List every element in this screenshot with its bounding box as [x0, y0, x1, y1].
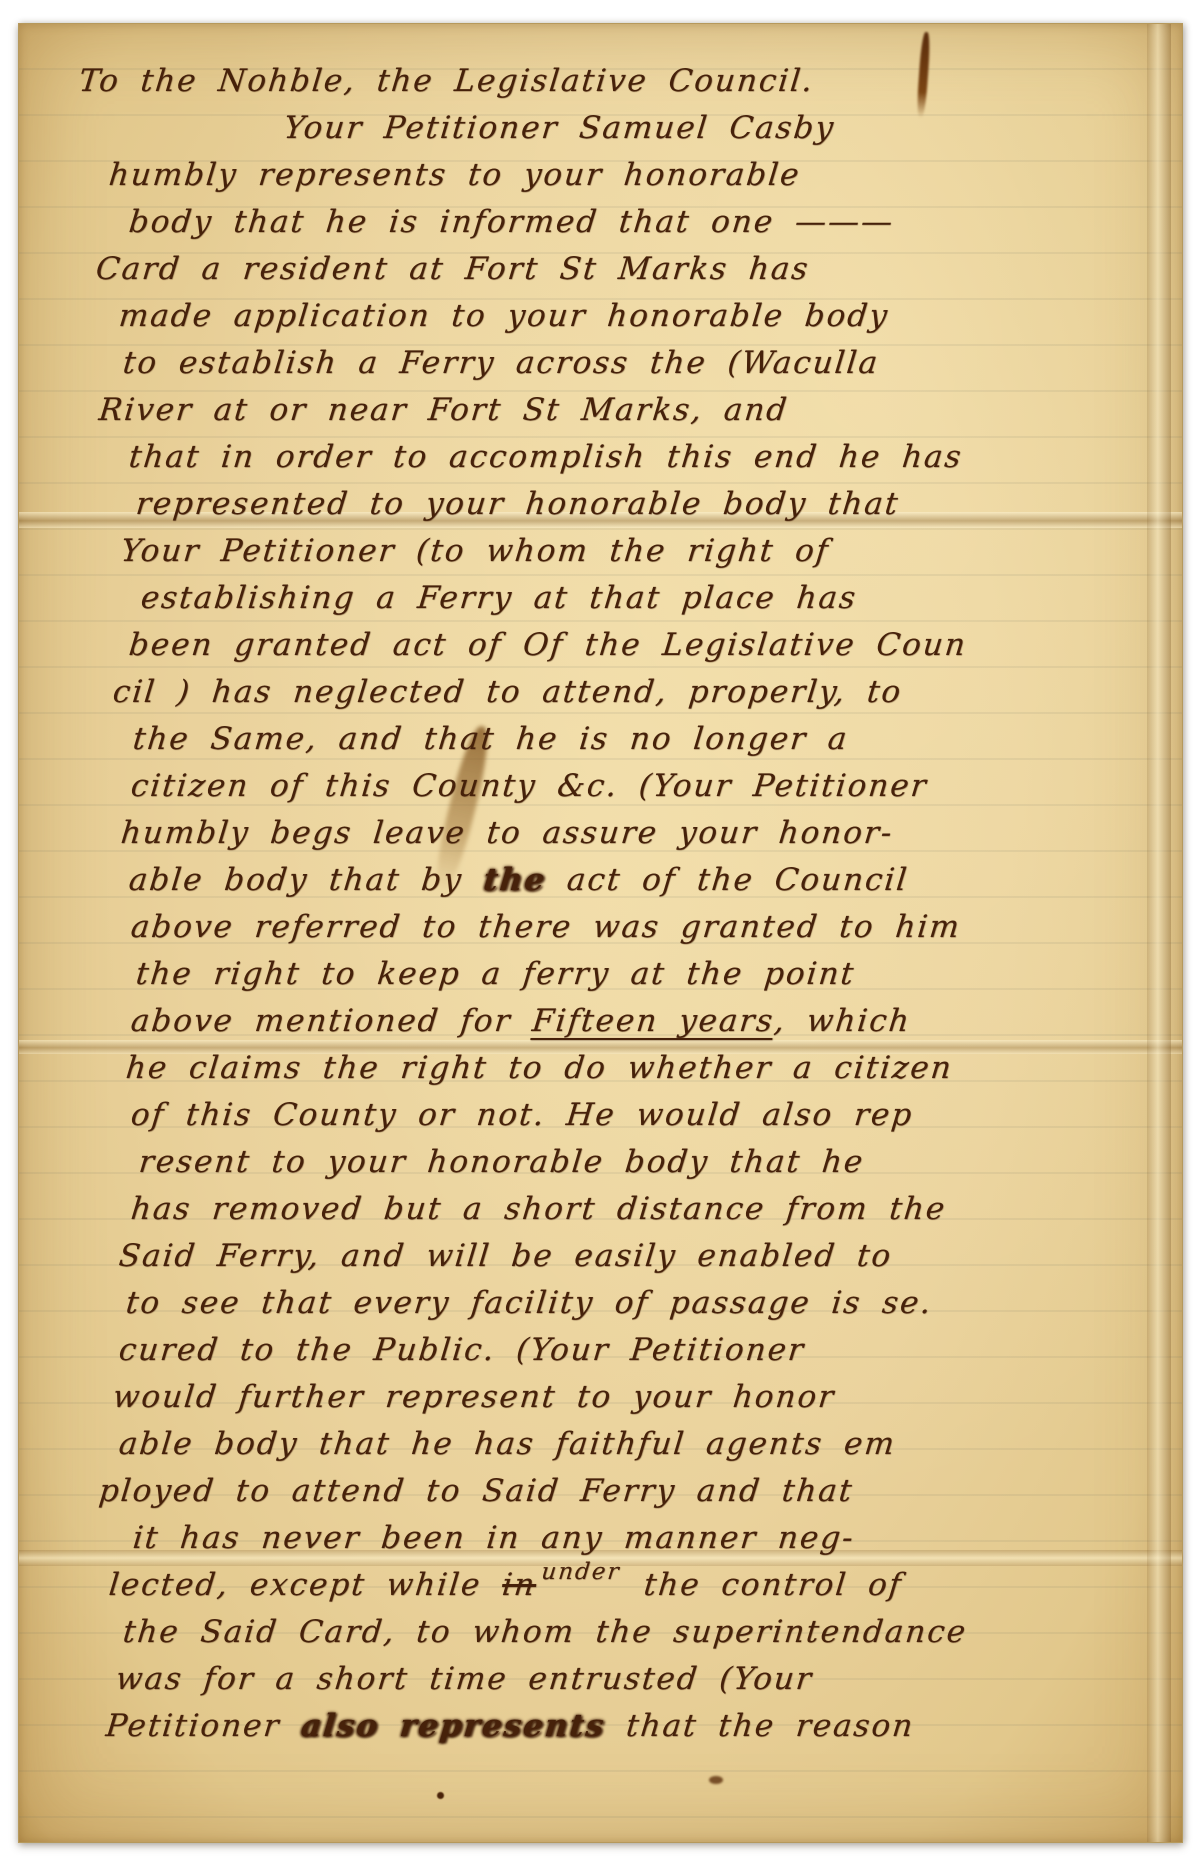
text-segment: able body that by	[127, 862, 485, 898]
text-line: resent to your honorable body that he	[69, 1139, 1158, 1186]
text-segment: Petitioner	[104, 1708, 303, 1744]
text-segment: ployed to attend to Said Ferry and that	[97, 1473, 855, 1509]
text-line: would further represent to your honor	[69, 1374, 1158, 1421]
text-line: lected, except while inunder the control…	[69, 1562, 1158, 1609]
text-line: that in order to accomplish this end he …	[69, 434, 1158, 481]
text-segment: would further represent to your honor	[111, 1379, 837, 1415]
text-segment: was for a short time entrusted (Your	[114, 1661, 815, 1697]
text-segment: body that he is informed that one ———	[127, 204, 896, 240]
text-segment: Your Petitioner (to whom the right of	[119, 533, 831, 569]
text-line: represented to your honorable body that	[69, 481, 1158, 528]
text-segment: it has never been in any manner neg-	[131, 1520, 856, 1556]
text-line: the Said Card, to whom the superintendan…	[69, 1609, 1158, 1656]
text-segment: the Same, and that he is no longer a	[131, 721, 850, 757]
text-segment: made application to your honorable body	[117, 298, 891, 334]
text-segment: cil ) has neglected to attend, properly,…	[111, 674, 904, 710]
text-segment: able body that he has faithful agents em	[117, 1426, 898, 1462]
text-segment: he claims the right to do whether a citi…	[124, 1050, 955, 1086]
struck-word: in	[500, 1567, 538, 1603]
text-segment: Card a resident at Fort St Marks has	[94, 251, 811, 287]
text-line: able body that by the act of the Council	[69, 857, 1158, 904]
text-line: ployed to attend to Said Ferry and that	[69, 1468, 1158, 1515]
text-line: the right to keep a ferry at the point	[69, 951, 1158, 998]
text-segment: To the Nohble, the Legislative Council.	[77, 63, 816, 99]
text-segment: citizen of this County &c. (Your Petitio…	[129, 768, 929, 804]
text-line: To the Nohble, the Legislative Council.	[69, 58, 1158, 105]
text-line: humbly begs leave to assure your honor-	[69, 810, 1158, 857]
text-line: cured to the Public. (Your Petitioner	[69, 1327, 1158, 1374]
text-segment: the control of	[621, 1567, 904, 1603]
text-line: of this County or not. He would also rep	[69, 1092, 1158, 1139]
text-line: has removed but a short distance from th…	[69, 1186, 1158, 1233]
text-segment: of this County or not. He would also rep	[129, 1097, 915, 1133]
text-line: Your Petitioner Samuel Casby	[69, 105, 1158, 152]
text-segment: humbly represents to your honorable	[107, 157, 802, 193]
blotted-word: also	[299, 1708, 381, 1744]
text-segment: establishing a Ferry at that place has	[139, 580, 859, 616]
paper-sheet: To the Nohble, the Legislative Council.Y…	[18, 23, 1183, 1843]
text-line: above mentioned for Fifteen years, which	[69, 998, 1158, 1045]
text-line: humbly represents to your honorable	[69, 152, 1158, 199]
blotted-word: represents	[398, 1708, 607, 1744]
text-line: made application to your honorable body	[69, 293, 1158, 340]
text-segment: to establish a Ferry across the (Waculla	[121, 345, 881, 381]
handwriting-layer: To the Nohble, the Legislative Council.Y…	[71, 58, 1155, 1750]
text-segment: resent to your honorable body that he	[137, 1144, 866, 1180]
text-segment: humbly begs leave to assure your honor-	[119, 815, 895, 851]
text-segment: been granted act of Of the Legislative C…	[127, 627, 969, 663]
text-segment: has removed but a short distance from th…	[129, 1191, 948, 1227]
text-segment: that the reason	[604, 1708, 917, 1744]
text-segment: Said Ferry, and will be easily enabled t…	[117, 1238, 894, 1274]
text-line: Your Petitioner (to whom the right of	[69, 528, 1158, 575]
text-segment: above referred to there was granted to h…	[129, 909, 963, 945]
document-scan: To the Nohble, the Legislative Council.Y…	[0, 0, 1200, 1857]
blotted-word: the	[482, 862, 548, 898]
text-segment: Your Petitioner Samuel Casby	[282, 110, 837, 146]
text-segment: River at or near Fort St Marks, and	[97, 392, 790, 428]
text-segment: cured to the Public. (Your Petitioner	[117, 1332, 807, 1368]
text-line: Card a resident at Fort St Marks has	[69, 246, 1158, 293]
text-segment: that in order to accomplish this end he …	[127, 439, 964, 475]
text-segment: lected, except while	[107, 1567, 504, 1603]
underlined-phrase: Fifteen years	[530, 1003, 776, 1039]
text-segment: above mentioned for	[129, 1003, 534, 1039]
text-line: body that he is informed that one ———	[69, 199, 1158, 246]
text-line: to see that every facility of passage is…	[69, 1280, 1158, 1327]
inserted-word: under	[539, 1549, 623, 1596]
text-segment: act of the Council	[544, 862, 910, 898]
text-segment: to see that every facility of passage is…	[124, 1285, 934, 1321]
text-segment: the right to keep a ferry at the point	[134, 956, 857, 992]
text-segment: , which	[772, 1003, 912, 1039]
text-line: he claims the right to do whether a citi…	[69, 1045, 1158, 1092]
text-line: to establish a Ferry across the (Waculla	[69, 340, 1158, 387]
text-segment: represented to your honorable body that	[134, 486, 901, 522]
text-line: able body that he has faithful agents em	[69, 1421, 1158, 1468]
text-line: cil ) has neglected to attend, properly,…	[69, 669, 1158, 716]
text-line: Said Ferry, and will be easily enabled t…	[69, 1233, 1158, 1280]
text-line: citizen of this County &c. (Your Petitio…	[69, 763, 1158, 810]
text-line: River at or near Fort St Marks, and	[69, 387, 1158, 434]
text-line: above referred to there was granted to h…	[69, 904, 1158, 951]
text-line: been granted act of Of the Legislative C…	[69, 622, 1158, 669]
text-line: was for a short time entrusted (Your	[69, 1656, 1158, 1703]
text-line: Petitioner also represents that the reas…	[69, 1703, 1158, 1750]
text-segment: the Said Card, to whom the superintendan…	[121, 1614, 969, 1650]
text-line: the Same, and that he is no longer a	[69, 716, 1158, 763]
text-line: establishing a Ferry at that place has	[69, 575, 1158, 622]
ink-dot	[437, 1792, 444, 1799]
ink-blot-bottom	[709, 1776, 723, 1784]
